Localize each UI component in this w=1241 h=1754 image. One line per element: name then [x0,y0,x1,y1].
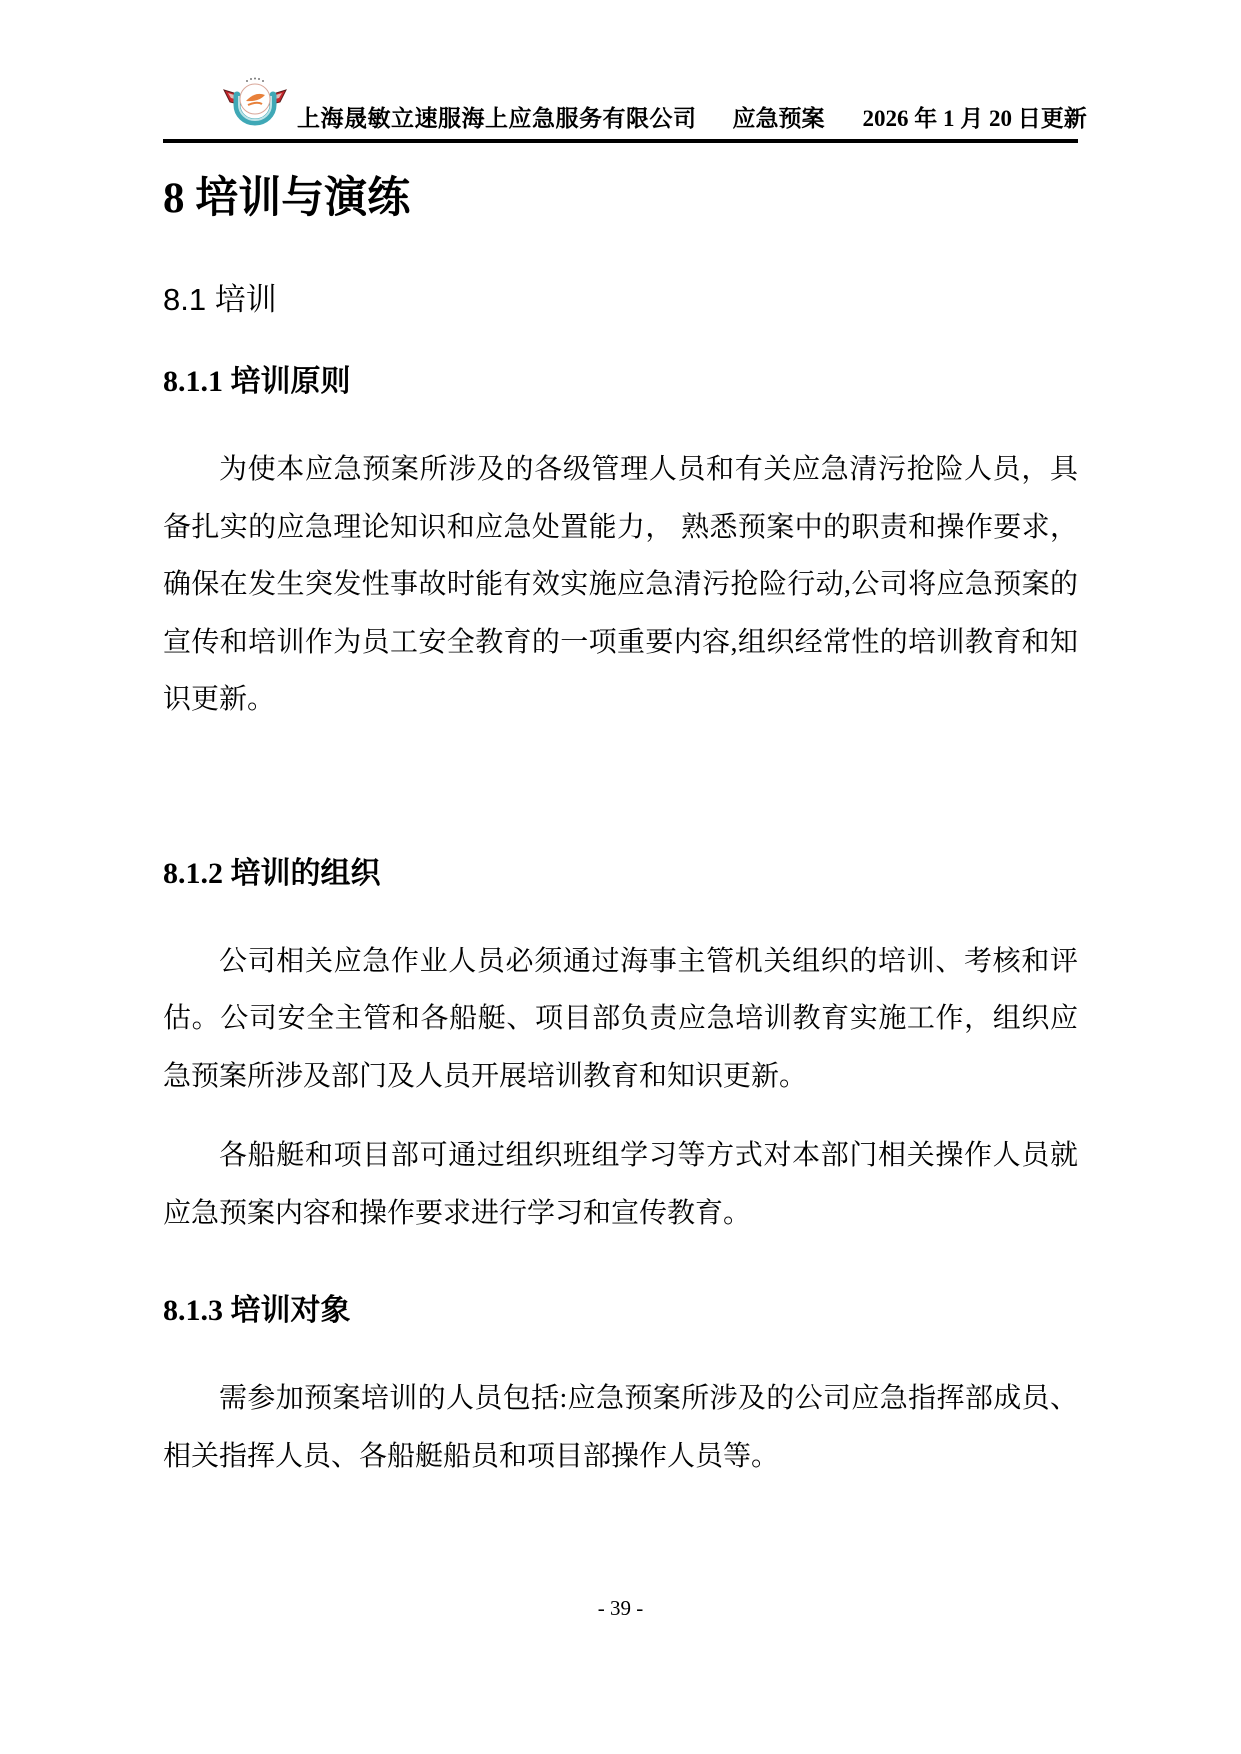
section-8-1-3-title: 8.1.3 培训对象 [163,1292,1078,1330]
document-page: 上海晟敏立速服海上应急服务有限公司 应急预案 2026 年 1 月 20 日更新… [0,0,1241,1754]
section-8-1-3-paragraph: 需参加预案培训的人员包括:应急预案所涉及的公司应急指挥部成员、相关指挥人员、各船… [163,1370,1078,1485]
company-logo-icon [223,75,287,137]
header-company-name: 上海晟敏立速服海上应急服务有限公司 [297,100,697,137]
chapter-title: 8 培训与演练 [163,173,1078,225]
section-8-1-1-title: 8.1.1 培训原则 [163,363,1078,401]
section-8-1-2-paragraph-1: 公司相关应急作业人员必须通过海事主管机关组织的培训、考核和评估。公司安全主管和各… [163,933,1078,1106]
section-8-1-2-paragraph-2: 各船艇和项目部可通过组织班组学习等方式对本部门相关操作人员就应急预案内容和操作要… [163,1127,1078,1242]
section-8-1-title: 8.1 培训 [163,281,1078,319]
section-8-1-1-paragraph: 为使本应急预案所涉及的各级管理人员和有关应急清污抢险人员，具备扎实的应急理论知识… [163,441,1078,729]
header-update-date: 2026 年 1 月 20 日更新 [863,100,1087,137]
page-number: - 39 - [0,1596,1241,1621]
winged-emblem-icon [223,75,287,137]
header-document-type: 应急预案 [733,100,825,137]
section-8-1-2-title: 8.1.2 培训的组织 [163,855,1078,893]
page-header: 上海晟敏立速服海上应急服务有限公司 应急预案 2026 年 1 月 20 日更新 [163,75,1078,143]
